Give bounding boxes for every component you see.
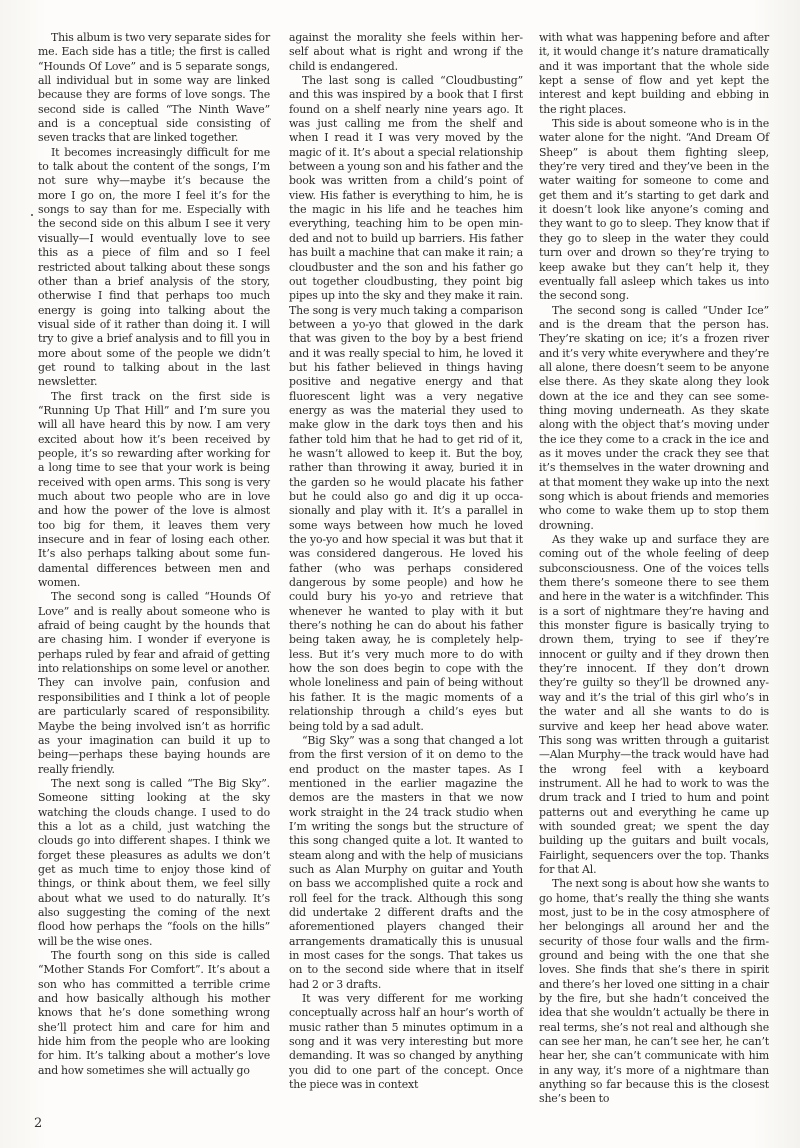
text-column-1: This album is two very separate sides fo… (38, 31, 270, 1078)
print-speck-mark (31, 214, 33, 216)
paragraph-hounds-of-love: The second song is called “Hounds Of Lov… (38, 590, 270, 776)
paragraph-album-intro: This album is two very separate sides fo… (38, 31, 270, 146)
paragraph-content-difficulty: It becomes increasingly difficult for me… (38, 146, 270, 390)
paragraph-under-ice: The second song is called “Under Ice” an… (539, 304, 769, 534)
paragraph-context-continued: with what was happening before and after… (539, 31, 769, 117)
paragraph-cloudbusting: The last song is called “Cloudbusting” a… (289, 74, 523, 734)
text-column-2: against the morality she feels within he… (289, 31, 523, 1092)
paragraph-mother-stands-for-comfort: The fourth song on this side is called “… (38, 949, 270, 1078)
newsletter-page: This album is two very separate sides fo… (0, 0, 800, 1148)
paragraph-and-dream-of-sheep: This side is about someone who is in the… (539, 117, 769, 303)
paragraph-mother-continued: against the morality she feels within he… (289, 31, 523, 74)
paragraph-the-big-sky: The next song is called “The Big Sky”. S… (38, 777, 270, 949)
paragraph-big-sky-drafts: “Big Sky” was a song that changed a lot … (289, 734, 523, 992)
page-number: 2 (34, 1116, 42, 1131)
paragraph-running-up-that-hill: The first track on the first side is “Ru… (38, 390, 270, 591)
paragraph-waking-the-witch: As they wake up and surface they are com… (539, 533, 769, 877)
paragraph-working-conceptually: It was very different for me working con… (289, 992, 523, 1092)
text-column-3: with what was happening before and after… (539, 31, 769, 1107)
paragraph-watching-you-without-me: The next song is about how she wants to … (539, 877, 769, 1107)
